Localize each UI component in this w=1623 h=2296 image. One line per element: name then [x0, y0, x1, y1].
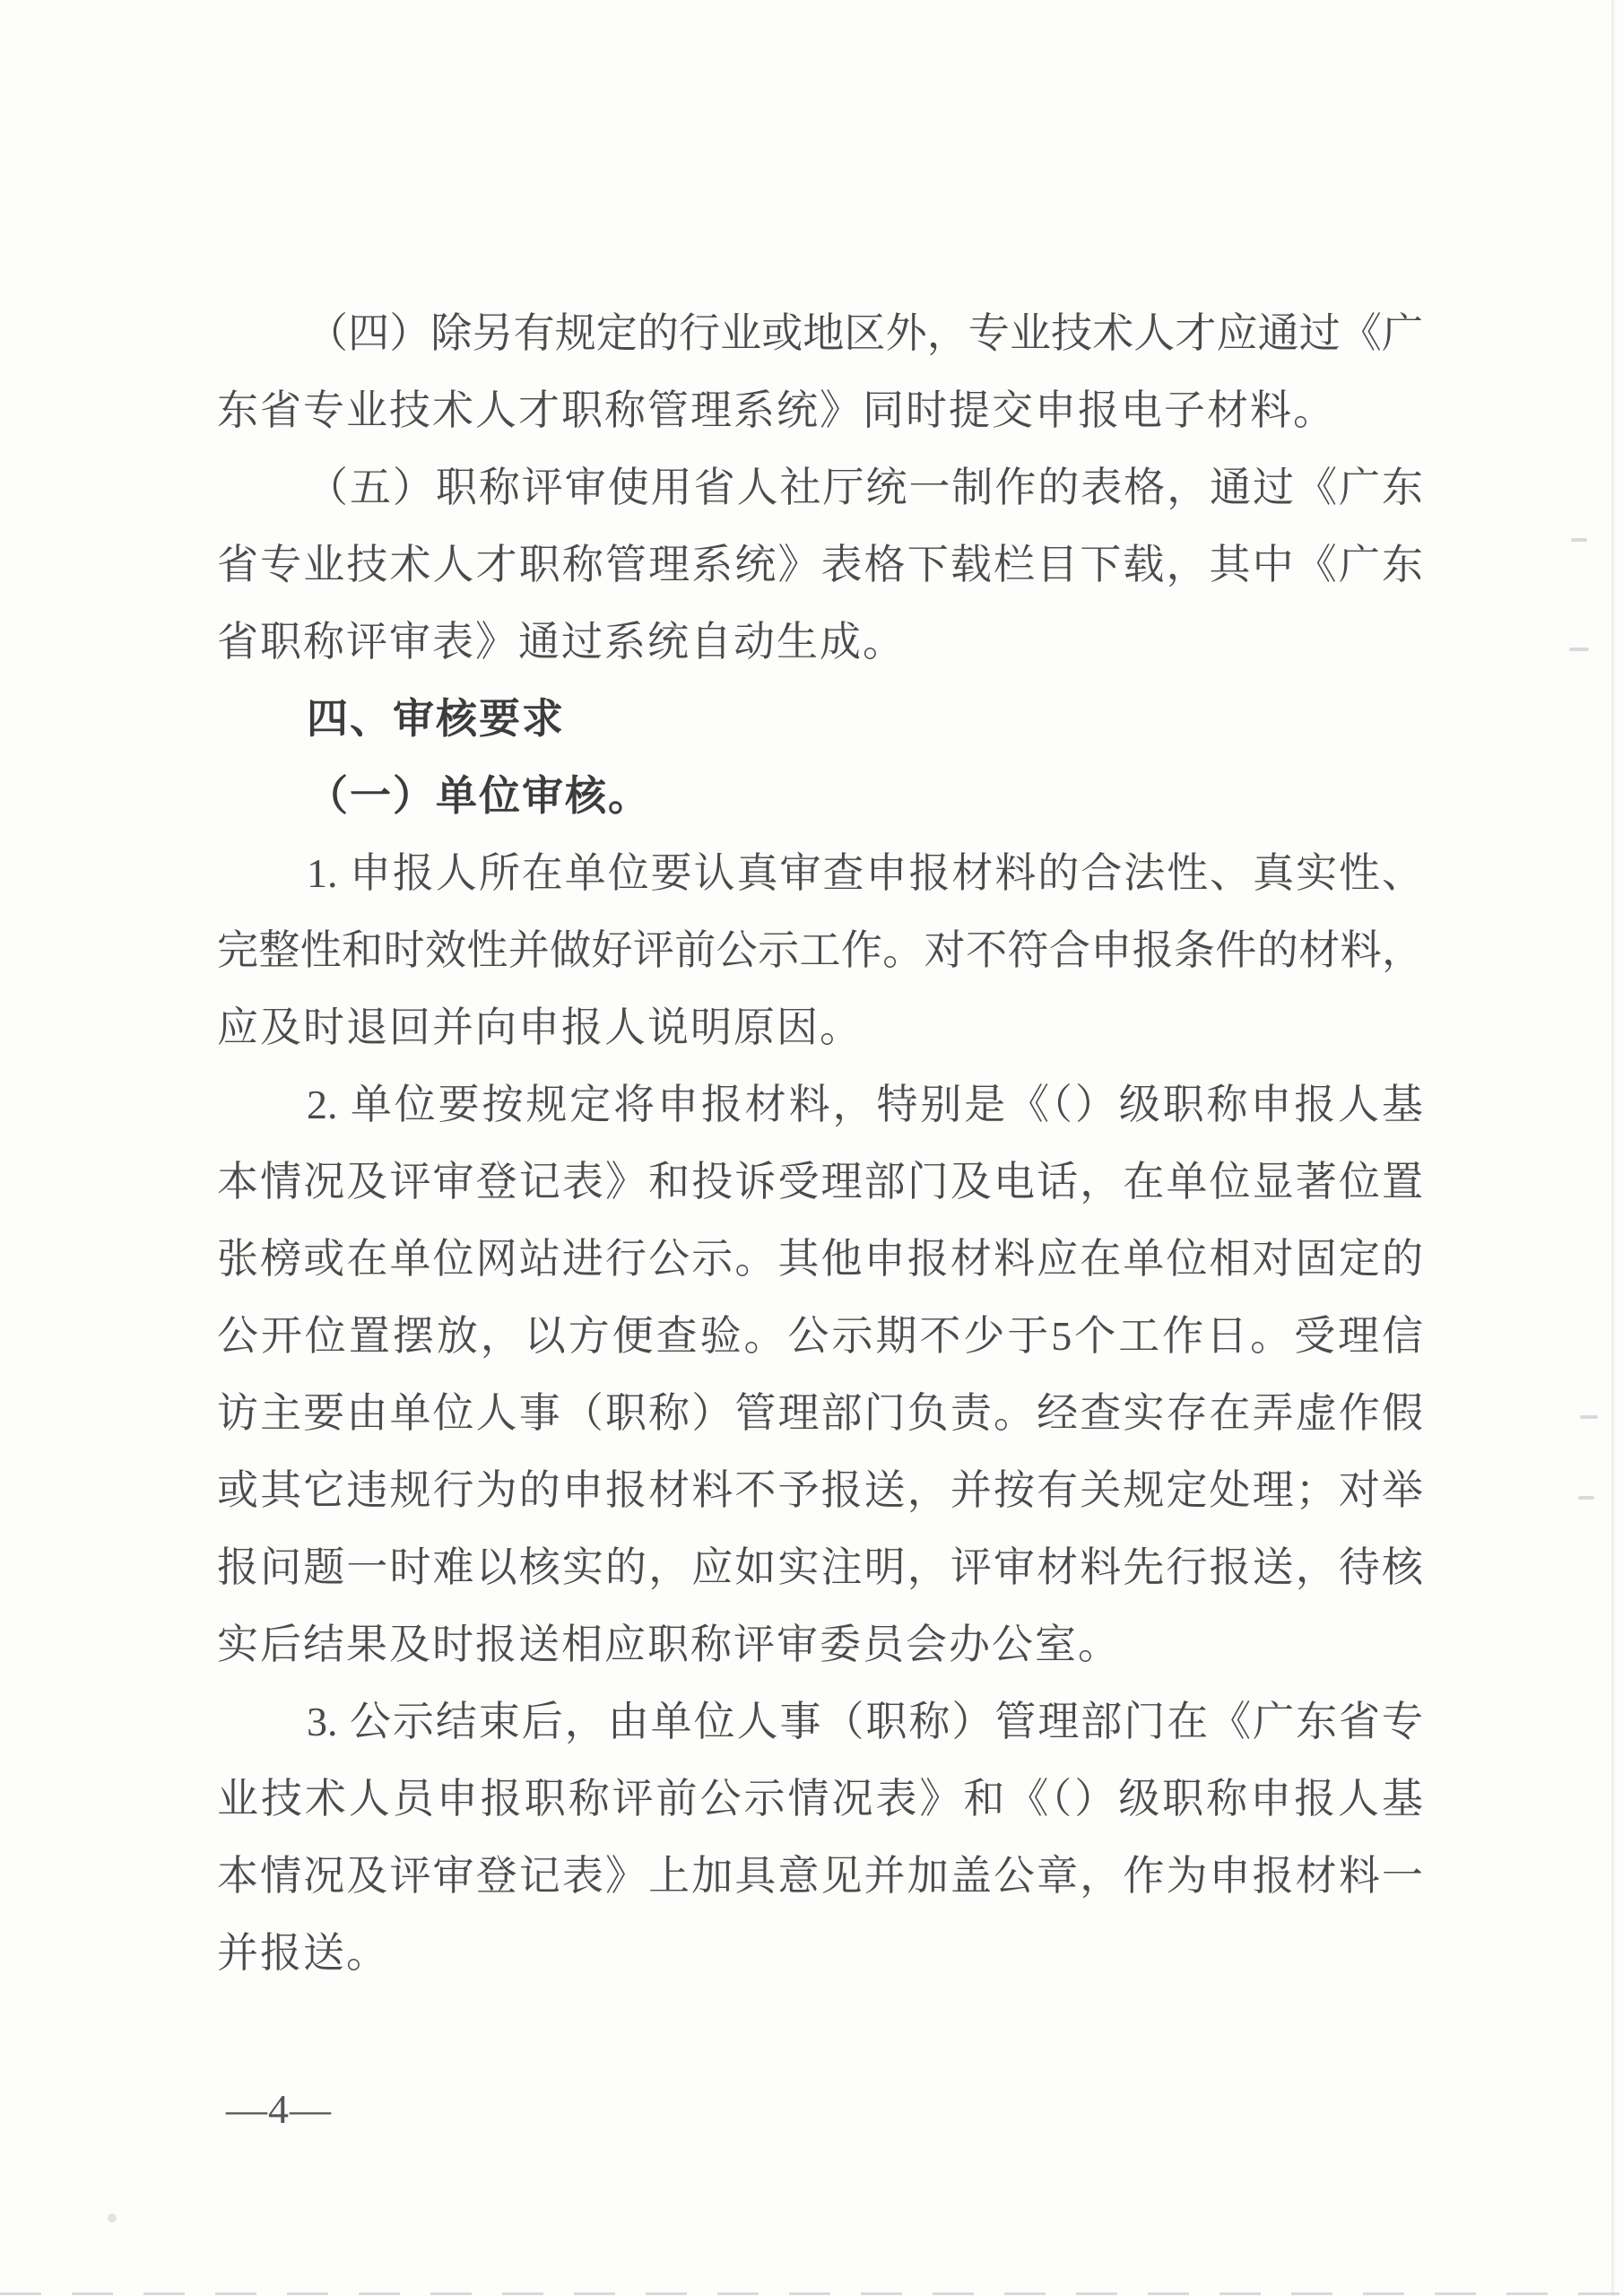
text-line: 完整性和时效性并做好评前公示工作。对不符合申报条件的材料，	[217, 912, 1423, 989]
scan-speck	[1571, 538, 1587, 542]
text-line: 省职称评审表》通过系统自动生成。	[217, 604, 1423, 681]
text-line: 本情况及评审登记表》和投诉受理部门及电话，在单位显著位置	[217, 1144, 1423, 1221]
document-body: （四）除另有规定的行业或地区外，专业技术人才应通过《广东省专业技术人才职称管理系…	[217, 295, 1423, 1992]
text-line: 实后结果及时报送相应职称评审委员会办公室。	[217, 1606, 1423, 1683]
text-line: 2. 单位要按规定将申报材料，特别是《（）级职称申报人基	[217, 1066, 1423, 1144]
text-line: 本情况及评审登记表》上加具意见并加盖公章，作为申报材料一	[217, 1838, 1423, 1915]
text-line: （四）除另有规定的行业或地区外，专业技术人才应通过《广	[217, 295, 1423, 372]
text-line: 业技术人员申报职称评前公示情况表》和《（）级职称申报人基	[217, 1761, 1423, 1838]
text-line: 3. 公示结束后，由单位人事（职称）管理部门在《广东省专	[217, 1683, 1423, 1761]
scan-speck	[1578, 1496, 1594, 1500]
text-line: 或其它违规行为的申报材料不予报送，并按有关规定处理；对举	[217, 1452, 1423, 1529]
text-line: 并报送。	[217, 1915, 1423, 1992]
scan-edge-shadow	[1611, 0, 1615, 2296]
text-line: （五）职称评审使用省人社厅统一制作的表格，通过《广东	[217, 449, 1423, 526]
heading-line: 四、审核要求	[217, 681, 1423, 758]
text-line: 东省专业技术人才职称管理系统》同时提交申报电子材料。	[217, 372, 1423, 449]
text-line: 省专业技术人才职称管理系统》表格下载栏目下载，其中《广东	[217, 526, 1423, 604]
scan-speck	[108, 2213, 117, 2222]
scan-speck	[1569, 648, 1589, 651]
document-page: （四）除另有规定的行业或地区外，专业技术人才应通过《广东省专业技术人才职称管理系…	[0, 0, 1623, 2296]
scan-bottom-edge	[0, 2292, 1623, 2295]
text-line: 应及时退回并向申报人说明原因。	[217, 989, 1423, 1066]
text-line: 报问题一时难以核实的，应如实注明，评审材料先行报送，待核	[217, 1529, 1423, 1606]
heading-line: （一）单位审核。	[217, 758, 1423, 835]
text-line: 访主要由单位人事（职称）管理部门负责。经查实存在弄虚作假	[217, 1375, 1423, 1452]
scan-speck	[1580, 1415, 1598, 1419]
text-line: 公开位置摆放，以方便查验。公示期不少于5个工作日。受理信	[217, 1298, 1423, 1375]
page-number: —4—	[226, 2083, 332, 2136]
text-line: 张榜或在单位网站进行公示。其他申报材料应在单位相对固定的	[217, 1221, 1423, 1298]
text-line: 1. 申报人所在单位要认真审查申报材料的合法性、真实性、	[217, 835, 1423, 912]
